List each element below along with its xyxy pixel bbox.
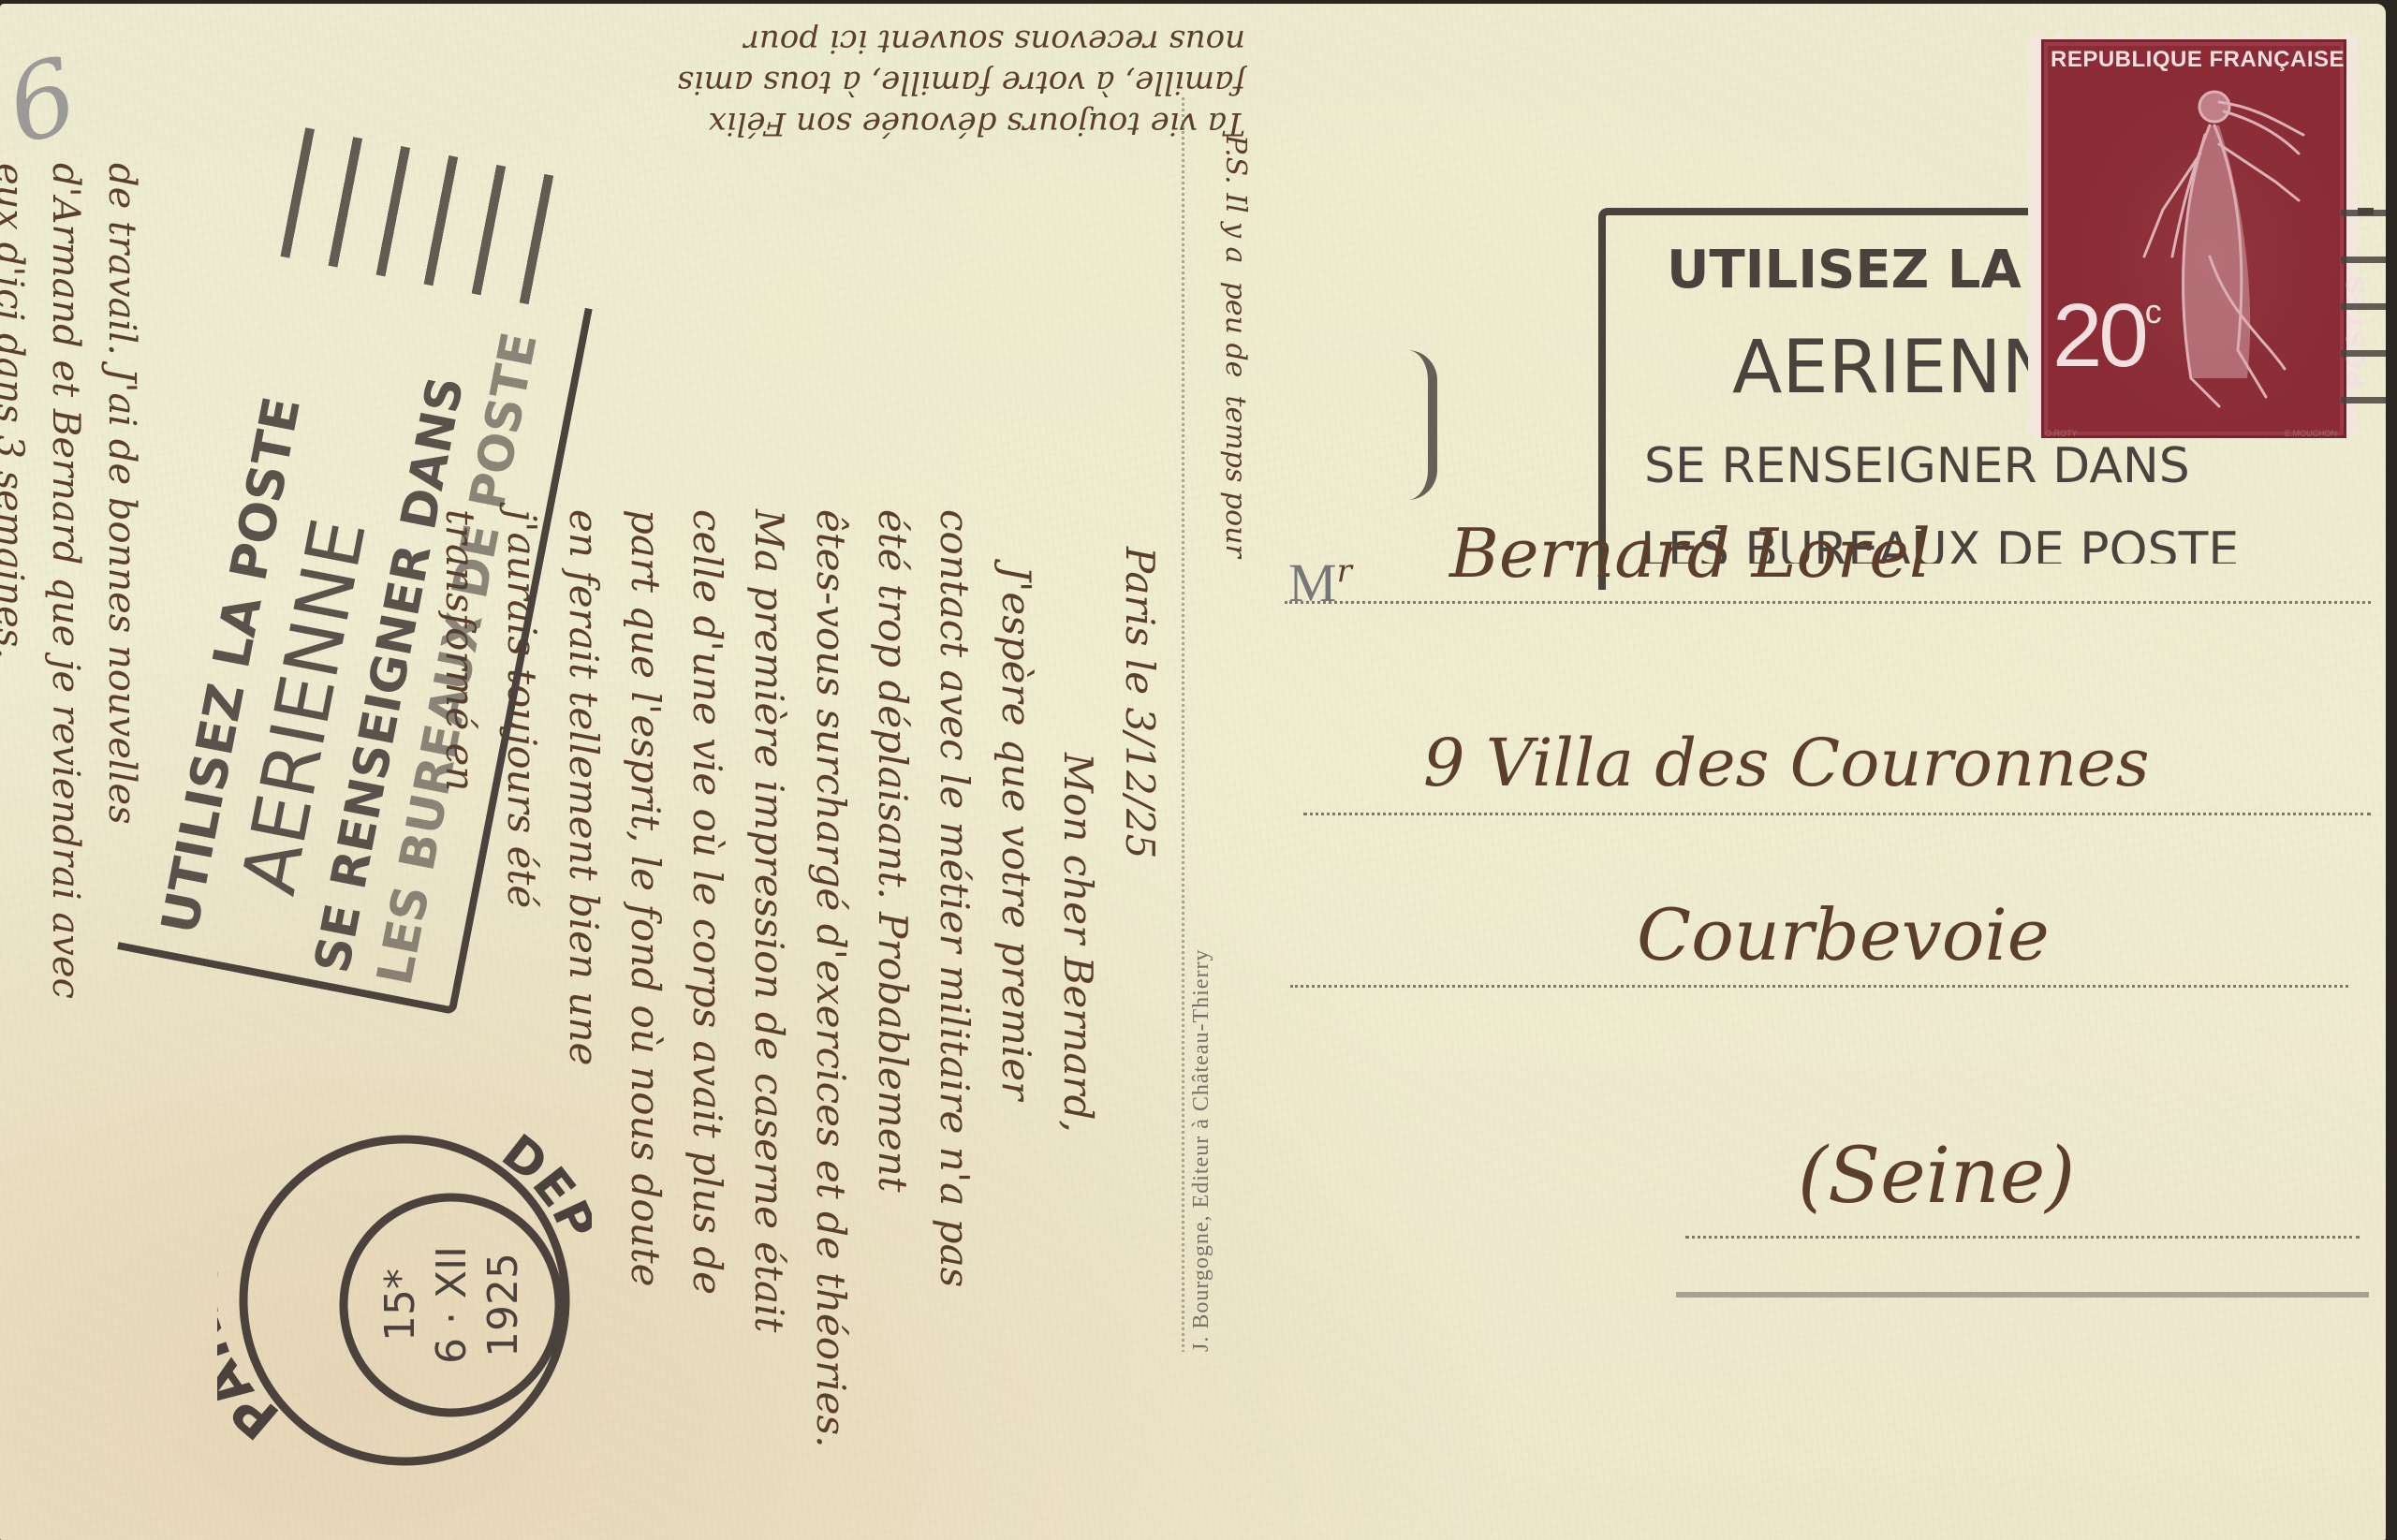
- stamp-value-unit: c: [2145, 292, 2162, 330]
- side-note: P.S. Il y a peu de temps pour: [1215, 135, 1255, 558]
- postmark-year: 1925: [479, 1253, 527, 1357]
- cancel-mark: [1407, 350, 1437, 500]
- slogan-line: SE RENSEIGNER DANS: [1644, 438, 2190, 494]
- postmark-time: 15*: [376, 1269, 424, 1342]
- message-line: êtes-vous surchargé d'exercices et de th…: [800, 509, 861, 1447]
- side-note-line: temps pour: [1219, 396, 1252, 558]
- postmark-office: DEP: [492, 1124, 592, 1248]
- address-city: Courbevoie: [1637, 893, 2050, 976]
- side-note-line: P.S. Il y a: [1219, 135, 1252, 264]
- center-divider: [1182, 97, 1184, 1352]
- svg-text:DEP: DEP: [492, 1124, 592, 1248]
- top-margin-line: famille, à votre famille, à tous amis: [677, 62, 1245, 103]
- message-line: été trop déplaisant. Probablement: [861, 509, 923, 1447]
- top-margin-line: nous recevons souvent ici pour: [677, 21, 1245, 62]
- stamp-value-number: 20: [2052, 286, 2145, 386]
- paris-postmark: PARIS DEP 15* 6 · XII 1925: [217, 1104, 592, 1478]
- address-line: [1290, 985, 2348, 988]
- top-margin-line: Ta vie toujours dévouée son Félix: [677, 103, 1245, 144]
- top-margin-message: Ta vie toujours dévouée son Félix famill…: [677, 21, 1245, 144]
- postcard-back: 6 Ta vie toujours dévouée son Félix fami…: [0, 4, 2386, 1540]
- publisher-imprint: J. Bourgogne, Editeur à Château-Thierry: [1189, 949, 1214, 1352]
- left-margin-message: de travail. J'ai de bonnes nouvelles d'A…: [0, 163, 150, 999]
- message-line: Ma première impression de caserne était: [738, 509, 800, 1447]
- message-salutation: Mon cher Bernard,: [1047, 509, 1109, 1447]
- address-prefix-letter: M: [1288, 552, 1337, 613]
- pencil-mark: 6: [0, 35, 89, 168]
- message-line: celle d'une vie où le corps avait plus d…: [676, 509, 738, 1447]
- message-line: contact avec le métier militaire n'a pas: [923, 509, 985, 1447]
- postmark-day-month: 6 · XII: [428, 1246, 476, 1364]
- message-line: part que l'esprit, le fond où nous doute: [614, 509, 676, 1447]
- address-line: [1303, 813, 2371, 815]
- address-prefix-sup: r: [1337, 553, 1352, 591]
- message-line: J'espère que votre premier: [985, 509, 1047, 1447]
- left-margin-line: d'Armand et Bernard que je reviendrai av…: [37, 163, 94, 999]
- stamp-value: 20c: [2052, 285, 2162, 388]
- address-department: (Seine): [1798, 1132, 2075, 1221]
- message-dateline: Paris le 3/12/25: [1109, 509, 1170, 1447]
- stamp-country: REPUBLIQUE FRANÇAISE: [2051, 47, 2331, 73]
- address-name: Bernard Lorel: [1449, 514, 1931, 593]
- address-prefix: Mr: [1288, 551, 1352, 614]
- address-line: [1285, 601, 2371, 604]
- address-line: [1676, 1292, 2369, 1298]
- stamp-engraver-left: O.ROTY: [2045, 429, 2078, 438]
- cancel-wave-bars: [2341, 210, 2386, 416]
- side-note-line: peu de: [1219, 282, 1252, 378]
- address-line: [1685, 1236, 2360, 1239]
- stamp-engraver-right: E.MOUCHON: [2285, 429, 2337, 438]
- address-street: 9 Villa des Couronnes: [1423, 725, 2150, 801]
- left-margin-line: eux d'ici dans 3 semaines.: [0, 163, 37, 999]
